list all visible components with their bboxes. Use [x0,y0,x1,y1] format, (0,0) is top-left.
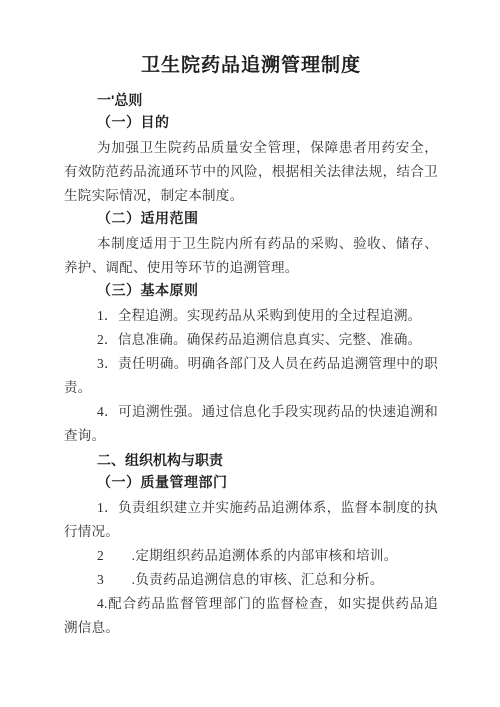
heading-1-3-principles: （三）基本原则 [64,280,438,304]
list-item-principle-1: 1．全程追溯。实现药品从采购到使用的全过程追溯。 [64,304,438,328]
list-item-duty-3: 3 .负责药品追溯信息的审核、汇总和分析。 [64,568,438,592]
list-item-duty-2: 2 .定期组织药品追溯体系的内部审核和培训。 [64,544,438,568]
paragraph-purpose: 为加强卫生院药品质量安全管理，保障患者用药安全，有效防范药品流通环节中的风险，根… [64,136,438,208]
heading-1-1-purpose: （一）目的 [64,112,438,136]
list-item-duty-1: 1．负责组织建立并实施药品追溯体系，监督本制度的执行情况。 [64,496,438,544]
heading-section-1-general: 一'总则 [64,88,438,112]
heading-section-2-organization: 二、组织机构与职责 [64,448,438,472]
list-item-duty-4: 4.配合药品监督管理部门的监督检查，如实提供药品追溯信息。 [64,592,438,640]
paragraph-scope: 本制度适用于卫生院内所有药品的采购、验收、储存、养护、调配、使用等环节的追溯管理… [64,232,438,280]
list-item-principle-2: 2．信息准确。确保药品追溯信息真实、完整、准确。 [64,328,438,352]
list-item-principle-3: 3．责任明确。明确各部门及人员在药品追溯管理中的职责。 [64,352,438,400]
list-item-principle-4: 4．可追溯性强。通过信息化手段实现药品的快速追溯和查询。 [64,400,438,448]
heading-1-2-scope: （二）适用范围 [64,208,438,232]
heading-2-1-quality-dept: （一）质量管理部门 [64,472,438,496]
document-page: 卫生院药品追溯管理制度 一'总则 （一）目的 为加强卫生院药品质量安全管理，保障… [0,0,500,707]
doc-title: 卫生院药品追溯管理制度 [64,52,438,80]
